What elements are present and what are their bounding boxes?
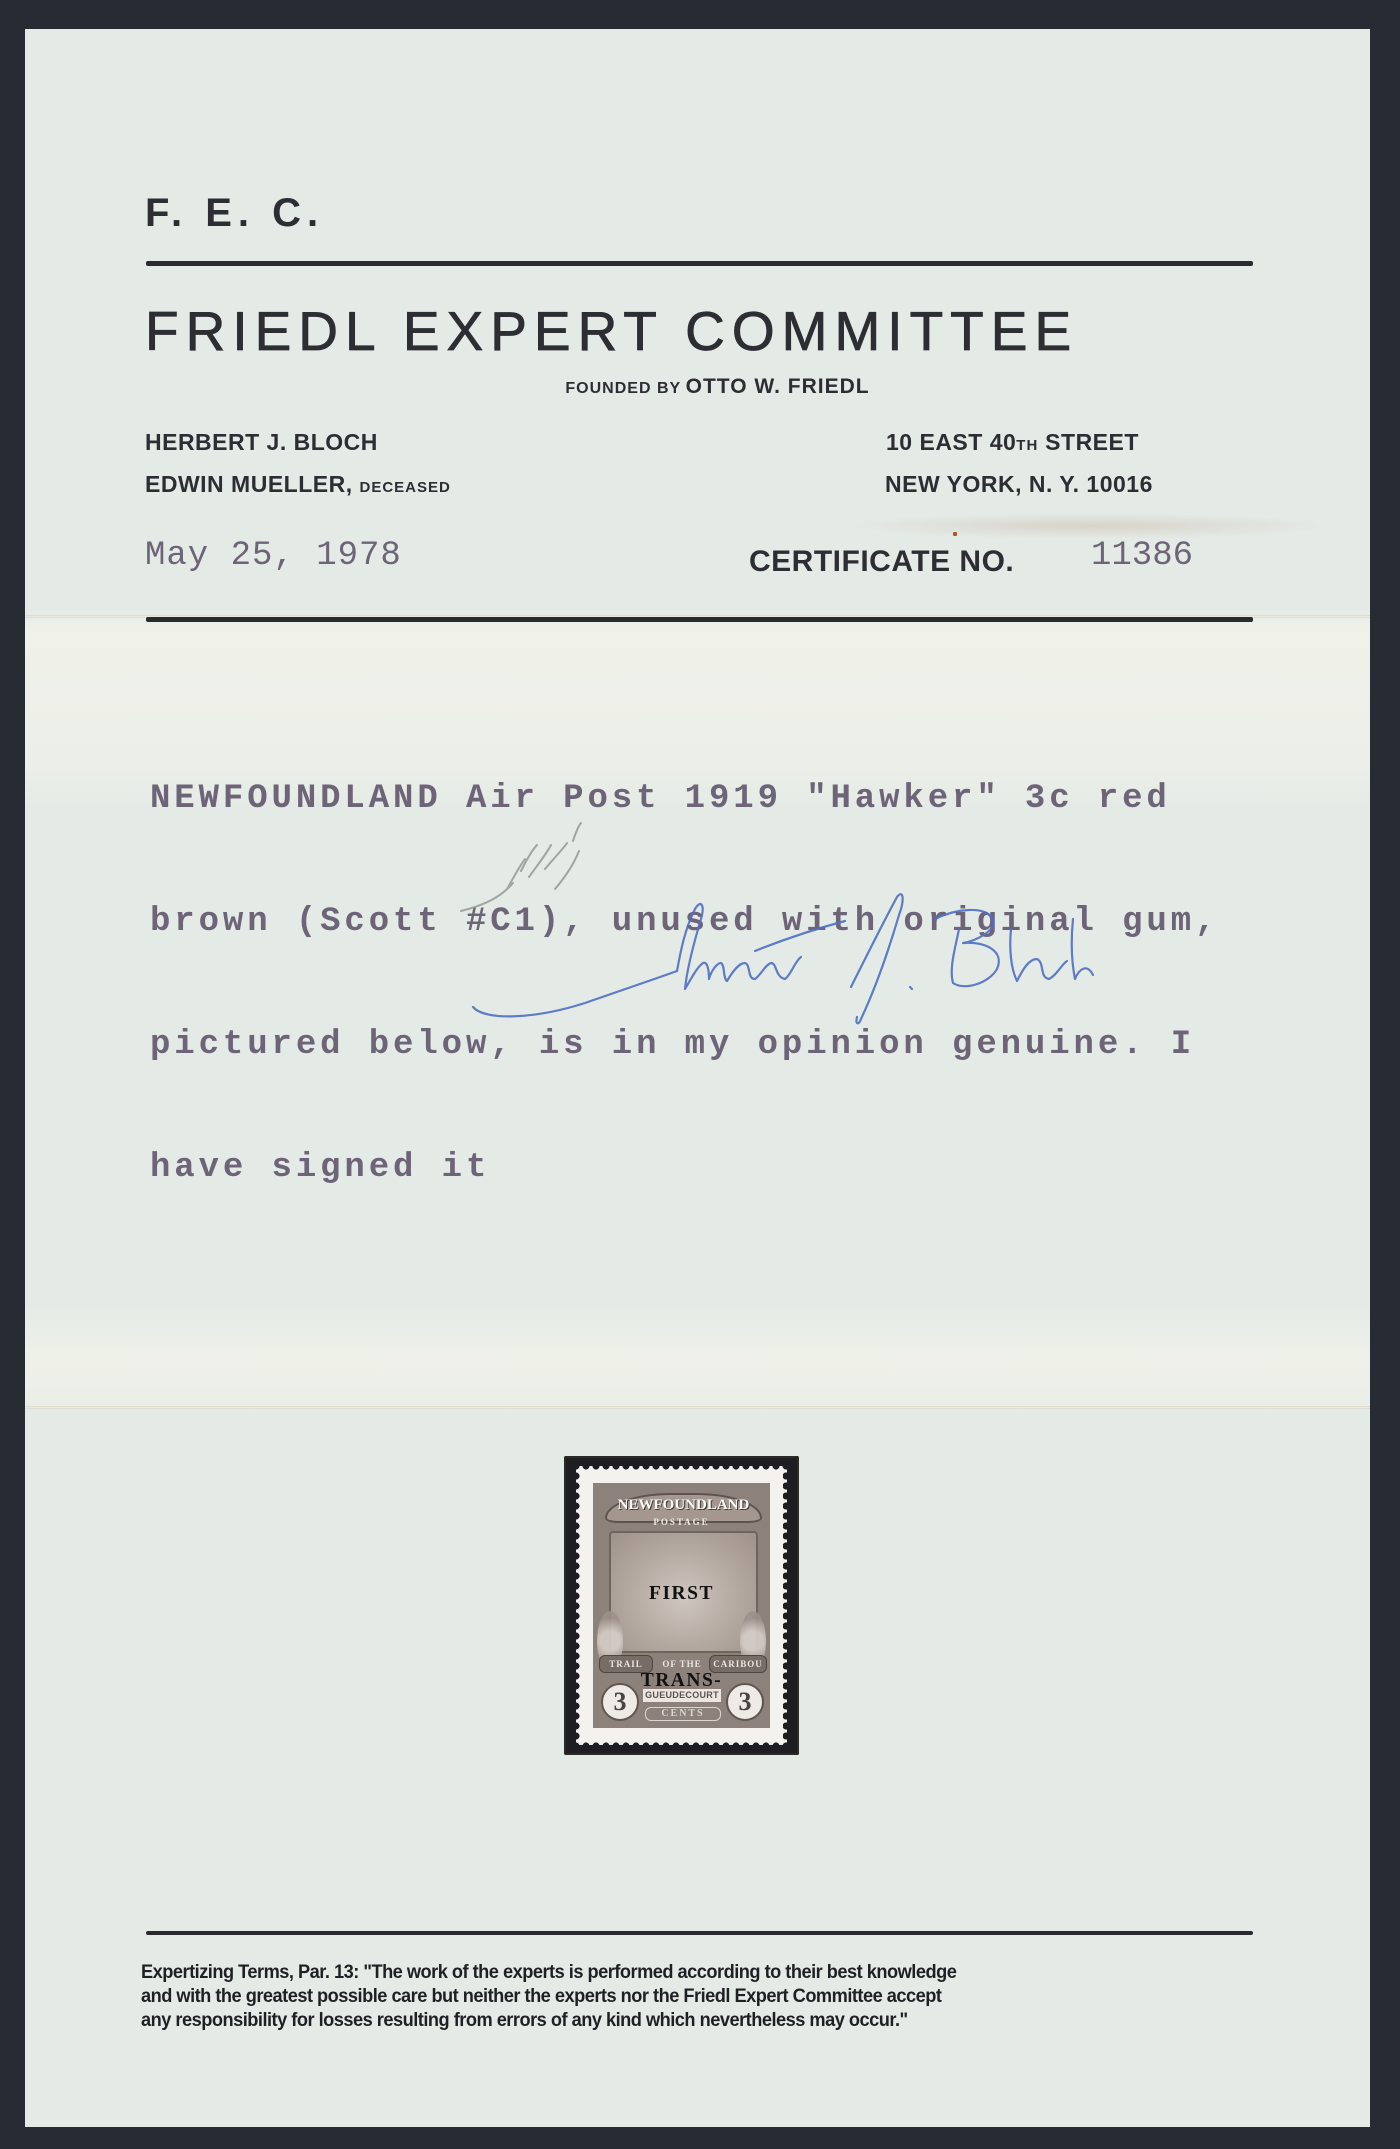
certificate-paper: F. E. C. FRIEDL EXPERT COMMITTEE FOUNDED…	[25, 29, 1370, 2127]
address-street: 10 EAST 40TH STREET	[886, 429, 1139, 456]
expert-name-1: HERBERT J. BLOCH	[145, 429, 378, 456]
header-rule-top	[146, 261, 1253, 266]
stamp-design: NEWFOUNDLAND POSTAGE TRAIL OF THE CARIBO…	[593, 1483, 770, 1728]
certificate-date: May 25, 1978	[145, 537, 402, 575]
rust-spot	[953, 532, 957, 536]
signature-icon	[465, 879, 1105, 1029]
stamp-mount: NEWFOUNDLAND POSTAGE TRAIL OF THE CARIBO…	[564, 1456, 799, 1755]
address-city: NEW YORK, N. Y. 10016	[885, 471, 1153, 498]
terms-line: and with the greatest possible care but …	[141, 1984, 956, 2008]
terms-line: Expertizing Terms, Par. 13: "The work of…	[141, 1960, 956, 1984]
expertizing-terms: Expertizing Terms, Par. 13: "The work of…	[141, 1960, 956, 2032]
deceased-note: DECEASED	[360, 479, 451, 496]
founded-by-line: FOUNDED BY OTTO W. FRIEDL	[25, 375, 1370, 399]
opinion-line: pictured below, is in my opinion genuine…	[150, 1025, 1219, 1066]
header-rule-bottom	[146, 617, 1253, 622]
expert-name-2: EDWIN MUELLER, DECEASED	[145, 471, 451, 498]
stamp-overprint: FIRST TRANS- ATLANTIC AIR POST, April, 1…	[593, 1521, 770, 1728]
terms-line: any responsibility for losses resulting …	[141, 2008, 956, 2032]
organization-title: FRIEDL EXPERT COMMITTEE	[145, 299, 1078, 363]
erasure-smudge	[845, 513, 1335, 539]
opinion-line: NEWFOUNDLAND Air Post 1919 "Hawker" 3c r…	[150, 779, 1219, 820]
footer-rule	[146, 1931, 1253, 1935]
stamp: NEWFOUNDLAND POSTAGE TRAIL OF THE CARIBO…	[580, 1470, 783, 1741]
fold-crease-lower	[25, 1406, 1370, 1409]
certificate-number-label: CERTIFICATE NO.	[749, 545, 1014, 579]
opinion-line: have signed it	[150, 1148, 1219, 1189]
certificate-number: 11386	[1091, 537, 1193, 575]
founder-name: OTTO W. FRIEDL	[686, 375, 870, 398]
monogram: F. E. C.	[145, 191, 324, 236]
founded-prefix: FOUNDED BY	[565, 380, 681, 397]
